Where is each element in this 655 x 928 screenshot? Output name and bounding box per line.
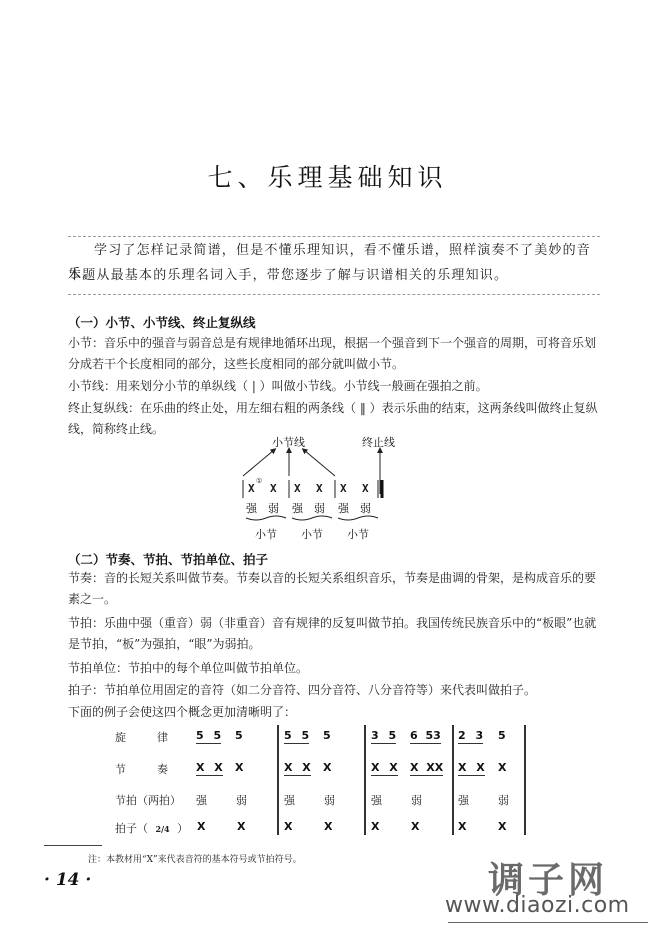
watermark-underline <box>448 922 648 923</box>
weak-label: 弱 <box>268 500 279 516</box>
paragraph-meter: 节拍：乐曲中强（重音）弱（非重音）音有规律的反复叫做节拍。我国传统民族音乐中的“… <box>68 613 598 655</box>
weak-label: 弱 <box>314 500 325 516</box>
meter-m4-strong: 强 <box>458 792 469 808</box>
rhythm-m1-b: X <box>235 761 243 774</box>
score-example-table: 旋 律 5 5 5 5 5 5 3 5 6 53 2 3 5 节 奏 X X X… <box>100 725 540 840</box>
note-x: X <box>294 482 301 495</box>
row-label-melody-b: 律 <box>157 729 168 745</box>
meter-m2-strong: 强 <box>284 792 295 808</box>
paragraph-measure: 小节：音乐中的强音与弱音总是有规律地循环出现，根据一个强音到下一个强音的周期，可… <box>68 333 598 375</box>
paragraph-beat-unit: 节拍单位：节拍中的每个单位叫做节拍单位。 <box>68 658 598 679</box>
paragraph-rhythm: 节奏：音的长短关系叫做节奏。节奏以音的长短关系组织音乐，节奏是曲调的骨架，是构成… <box>68 568 598 610</box>
time-m2-a: X <box>284 820 292 833</box>
melody-m1-a: 5 5 <box>196 729 221 744</box>
rhythm-m2-a: X X <box>284 761 311 776</box>
section1-heading: （一）小节、小节线、终止复纵线 <box>68 313 256 331</box>
time-m4-b: X <box>498 820 506 833</box>
meter-m3-weak: 弱 <box>411 792 422 808</box>
melody-m3-a: 3 5 <box>371 729 396 744</box>
bar-line <box>452 725 454 835</box>
melody-m4-a: 2 3 <box>458 729 483 744</box>
time-m3-a: X <box>371 820 379 833</box>
weak-label: 弱 <box>360 500 371 516</box>
page-title: 七、乐理基础知识 <box>0 158 655 194</box>
paragraph-barline: 小节线：用来划分小节的单纵线（ | ）叫做小节线。小节线一般画在强拍之前。 <box>68 376 598 397</box>
footnote-rule <box>44 845 102 846</box>
melody-m2-a: 5 5 <box>284 729 309 744</box>
time-signature: 2/4 <box>156 824 170 834</box>
row-label-rhythm-b: 奏 <box>157 761 168 777</box>
melody-m4-b: 5 <box>498 729 506 742</box>
note-x: X <box>248 482 255 495</box>
rhythm-m3-a: X X <box>371 761 398 776</box>
rhythm-m2-b: X <box>323 761 331 774</box>
measure-label: 小节 <box>347 526 369 542</box>
watermark-url: www.diaozi.com <box>445 893 630 918</box>
bar-line <box>277 725 279 835</box>
rhythm-m3-b: X XX <box>410 761 443 776</box>
meter-m1-weak: 弱 <box>236 792 247 808</box>
meter-m3-strong: 强 <box>371 792 382 808</box>
strong-label: 强 <box>292 500 303 516</box>
paragraph-time: 拍子：节拍单位用固定的音符（如二分音符、四分音符、八分音符等）来代表叫做拍子。 <box>68 680 598 701</box>
bar-line <box>364 725 366 835</box>
melody-m2-b: 5 <box>323 729 331 742</box>
row-label-melody-a: 旋 <box>115 729 126 745</box>
meter-m4-weak: 弱 <box>498 792 509 808</box>
bar-line <box>524 725 526 835</box>
time-m2-b: X <box>324 820 332 833</box>
label-endline: 终止线 <box>362 434 395 450</box>
rhythm-m4-b: X <box>498 761 506 774</box>
note-x: X <box>316 482 323 495</box>
barline-diagram: 小节线 终止线 X ① X X X X X 强 弱 强 弱 强 弱 小节 小节 … <box>230 430 430 545</box>
row-label-time-open: 拍子（ <box>115 822 148 835</box>
meter-m2-weak: 弱 <box>324 792 335 808</box>
row-label-meter: 节拍（两拍） <box>115 792 181 808</box>
time-m4-a: X <box>458 820 466 833</box>
intro-line-2: 本题从最基本的乐理名词入手，带您逐步了解与识谱相关的乐理知识。 <box>68 264 603 288</box>
time-m1-a: X <box>197 820 205 833</box>
footnote: 注：本教材用“X”来代表音符的基本符号或节拍符号。 <box>88 852 302 865</box>
rhythm-m4-a: X X <box>458 761 485 776</box>
intro-top-rule <box>68 236 600 237</box>
time-m3-b: X <box>411 820 419 833</box>
strong-label: 强 <box>338 500 349 516</box>
row-label-rhythm-a: 节 <box>115 761 126 777</box>
label-barline: 小节线 <box>272 434 305 450</box>
section2-heading: （二）节奏、节拍、节拍单位、拍子 <box>68 550 268 568</box>
melody-m3-b: 6 53 <box>410 729 441 744</box>
note-x: X <box>270 482 277 495</box>
paragraph-example-intro: 下面的例子会使这四个概念更加清晰明了： <box>68 702 598 723</box>
measure-label: 小节 <box>301 526 323 542</box>
strong-label: 强 <box>246 500 257 516</box>
melody-m1-b: 5 <box>235 729 243 742</box>
row-label-time: 拍子（ 2/4 ） <box>115 820 188 836</box>
row-label-time-close: ） <box>177 822 188 835</box>
note-x: X <box>362 482 369 495</box>
meter-m1-strong: 强 <box>196 792 207 808</box>
rhythm-m1-a: X X <box>196 761 223 776</box>
intro-bottom-rule <box>68 294 600 295</box>
time-m1-b: X <box>237 820 245 833</box>
page-number: · 14 · <box>44 870 91 890</box>
measure-label: 小节 <box>255 526 277 542</box>
footnote-mark: ① <box>256 477 262 485</box>
note-x: X <box>340 482 347 495</box>
